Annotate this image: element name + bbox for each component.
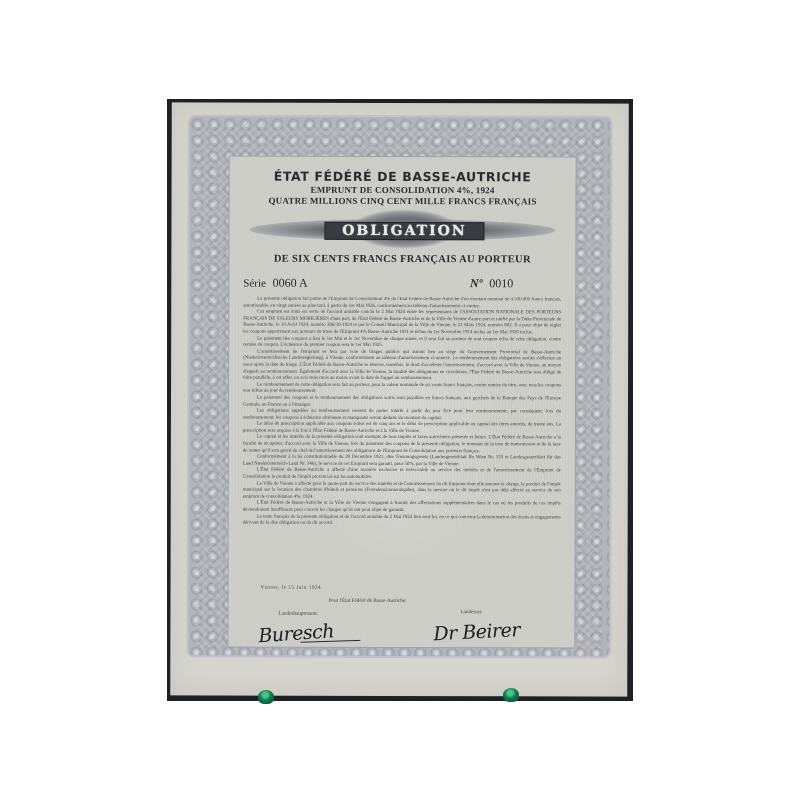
paragraph: Cet emprunt est émis en vertu de l'accor…	[243, 310, 561, 337]
number-label: Nº	[470, 276, 482, 290]
bond-number: Nº 0010	[470, 276, 513, 291]
signatory-right-title: Landesrat:	[460, 609, 482, 615]
denomination: DE SIX CENTS FRANCS FRANÇAIS AU PORTEUR	[229, 254, 575, 266]
paragraph: Le paiement des coupons a lieu le 1er Ma…	[243, 336, 561, 350]
paragraph: Les obligations appelées au remboursemen…	[243, 409, 561, 423]
place-date: Vienne, le 15 Juin 1924.	[260, 585, 322, 591]
signature-left: Buresch	[258, 620, 335, 647]
loan-title: EMPRUNT DE CONSOLIDATION 4%, 1924	[230, 185, 576, 196]
loan-amount: QUATRE MILLIONS CINQ CENT MILLE FRANCS F…	[230, 196, 576, 207]
for-issuer: Pour l'État Fédéré de Basse-Autriche:	[328, 598, 406, 604]
paragraph: Le remboursement de cette obligation ser…	[243, 382, 561, 396]
paragraph: Le paiement des coupons et le remboursem…	[243, 395, 561, 409]
bond-certificate: ÉTAT FÉDÉRÉ DE BASSE-AUTRICHE EMPRUNT DE…	[170, 102, 629, 696]
certificate-panel: ÉTAT FÉDÉRÉ DE BASSE-AUTRICHE EMPRUNT DE…	[227, 156, 576, 649]
paragraph: L'État Fédéré de Basse-Autriche et la Vi…	[243, 501, 561, 515]
obligation-cartouche: OBLIGATION	[229, 213, 575, 250]
paragraph: L'État Fédéré de Basse-Autriche a affect…	[243, 468, 561, 482]
issuer-title: ÉTAT FÉDÉRÉ DE BASSE-AUTRICHE	[230, 169, 576, 185]
number-value: 0010	[489, 276, 513, 290]
serie-value: 0060 A	[273, 276, 308, 290]
paragraph: Le capital et les intérêts de la présent…	[243, 435, 561, 456]
serie: Série 0060 A	[243, 276, 307, 291]
header: ÉTAT FÉDÉRÉ DE BASSE-AUTRICHE EMPRUNT DE…	[230, 169, 576, 207]
paragraph: L'amortissement de l'emprunt se fera par…	[243, 349, 561, 383]
paragraph: Le texte français de la présente obligat…	[243, 514, 561, 528]
terms-text: La présente obligation fait partie de l'…	[243, 297, 562, 583]
paragraph: La présente obligation fait partie de l'…	[243, 297, 561, 311]
green-pin-icon	[503, 688, 519, 702]
green-pin-icon	[258, 690, 274, 704]
serie-label: Série	[243, 278, 266, 290]
signatory-left-title: Landeshauptmann:	[278, 611, 317, 617]
paragraph: La Ville de Vienne a affecté pour la quo…	[243, 481, 561, 502]
obligation-label: OBLIGATION	[324, 222, 484, 240]
signature-right: Dr Beirer	[433, 619, 521, 645]
